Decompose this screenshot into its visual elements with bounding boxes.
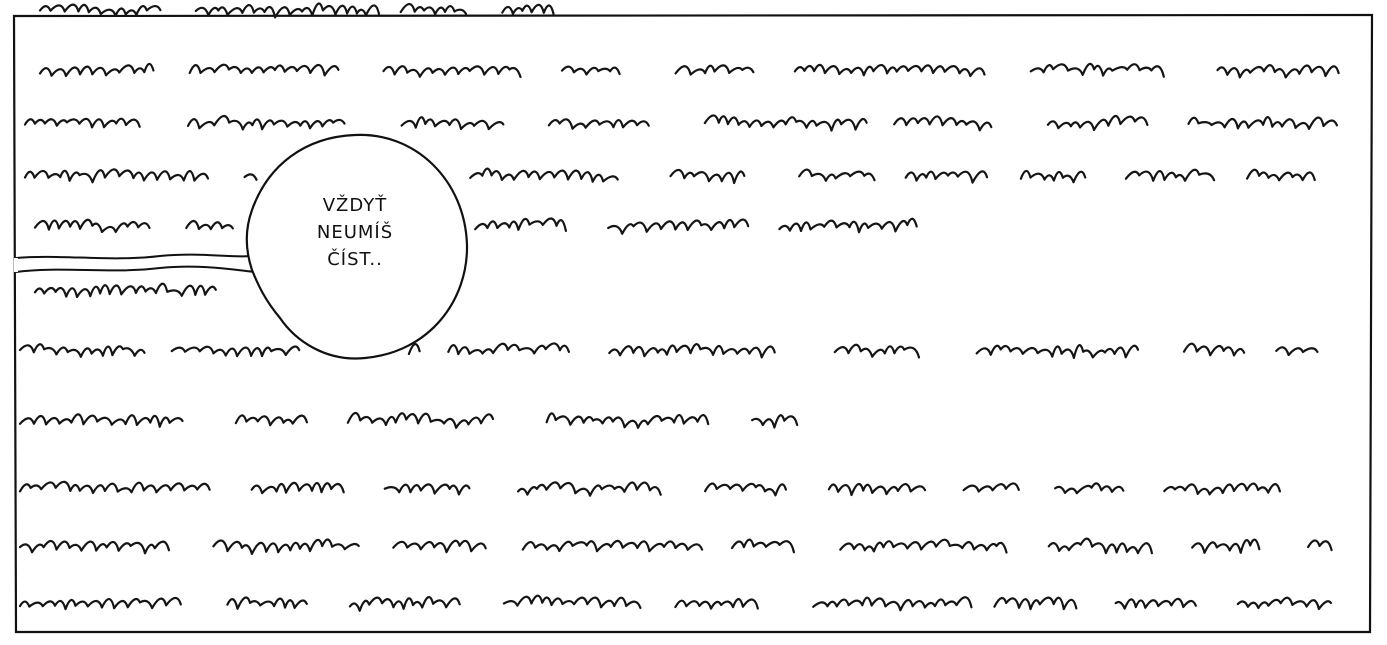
scribble-line <box>20 596 1331 611</box>
panel-drawing <box>0 0 1387 645</box>
handwritten-scribbles <box>20 4 1339 611</box>
scribble-line <box>20 343 1317 357</box>
speech-bubble-text: VŽDYŤ NEUMÍŠ ČÍST.. <box>285 192 425 273</box>
scribble-line <box>25 169 1315 183</box>
scribble-line <box>25 115 1337 130</box>
scribble-line <box>20 482 1319 496</box>
tear-top-edge <box>16 255 250 259</box>
scribble-line <box>20 413 797 428</box>
scribble-line <box>35 218 917 233</box>
scribble-line <box>40 64 1339 78</box>
scribble-line <box>20 539 1332 554</box>
comic-panel: VŽDYŤ NEUMÍŠ ČÍST.. <box>0 0 1387 645</box>
bubble-line-2: NEUMÍŠ <box>285 219 425 246</box>
bubble-line-1: VŽDYŤ <box>285 192 425 219</box>
bubble-line-3: ČÍST.. <box>285 246 425 273</box>
panel-frame <box>14 15 1372 632</box>
